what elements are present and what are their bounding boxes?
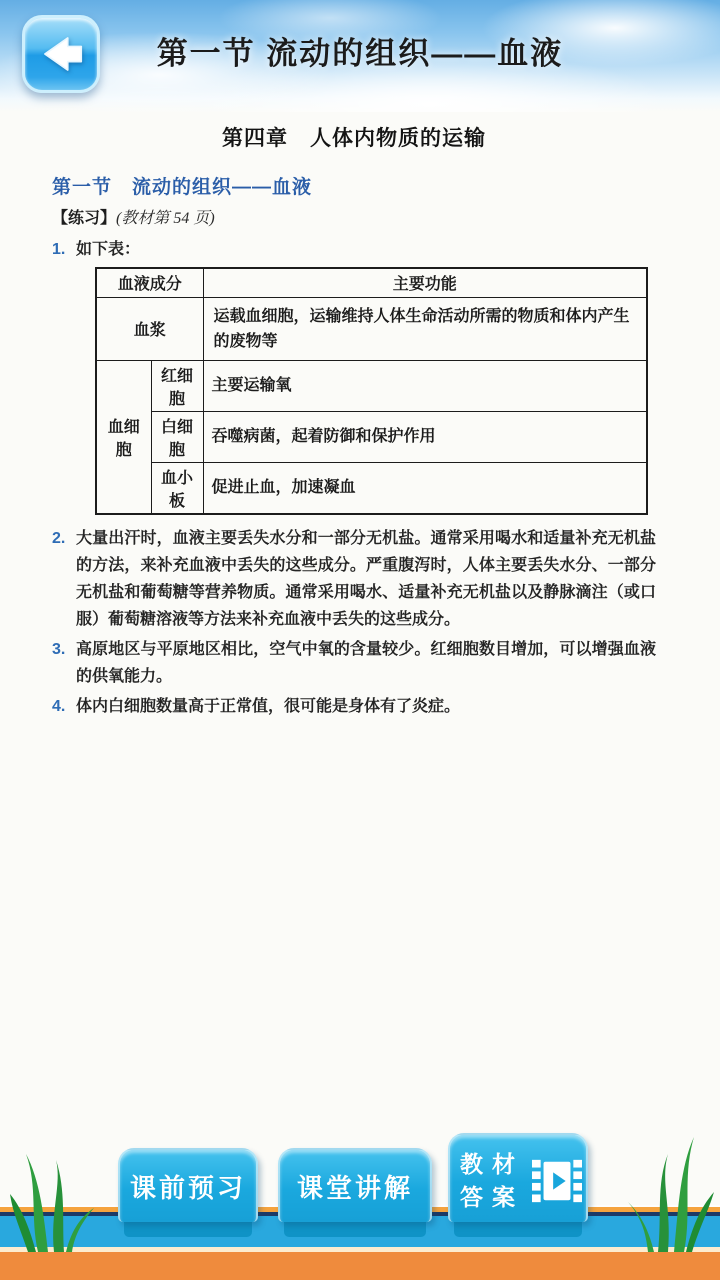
answer-item-2: 2. 大量出汗时，血液主要丢失水分和一部分无机盐。通常采用喝水和适量补充无机盐的… bbox=[52, 525, 656, 633]
cell-platelet-name: 血小板 bbox=[151, 462, 203, 514]
item-text: 大量出汗时，血液主要丢失水分和一部分无机盐。通常采用喝水和适量补充无机盐的方法，… bbox=[76, 525, 656, 633]
answer-item-4: 4. 体内白细胞数量高于正常值，很可能是身体有了炎症。 bbox=[52, 693, 656, 720]
tab-textbook-answers-base bbox=[454, 1222, 582, 1237]
scanned-page: 第四章 人体内物质的运输 第一节 流动的组织——血液 【练习】(教材第 54 页… bbox=[0, 112, 720, 723]
practice-label: 【练习】 bbox=[52, 210, 116, 227]
tab-preclass-preview-label: 课前预习 bbox=[130, 1168, 246, 1205]
tab-class-explanation-base bbox=[284, 1222, 426, 1237]
film-play-icon bbox=[532, 1158, 582, 1204]
page-title: 第一节 流动的组织——血液 bbox=[0, 28, 720, 73]
table-row-platelets: 血小板 促进止血，加速凝血 bbox=[96, 462, 647, 514]
answer-item-1: 1. 如下表： bbox=[52, 236, 656, 263]
cell-red-cell-name: 红细胞 bbox=[151, 360, 203, 411]
table-row-red-cells: 血细胞 红细胞 主要运输氧 bbox=[96, 360, 647, 411]
grass-right-decoration bbox=[626, 1122, 716, 1252]
tab-preclass-preview-base bbox=[124, 1222, 252, 1237]
app-screen: 第一节 流动的组织——血液 第四章 人体内物质的运输 第一节 流动的组织——血液… bbox=[0, 0, 720, 1280]
chapter-title: 第四章 人体内物质的运输 bbox=[52, 122, 656, 152]
section-title: 第一节 流动的组织——血液 bbox=[52, 172, 656, 199]
blood-components-table: 血液成分 主要功能 血浆 运载血细胞，运输维持人体生命活动所需的物质和体内产生的… bbox=[95, 267, 648, 515]
tab-textbook-answers-content: 教材 答案 bbox=[454, 1144, 582, 1214]
grass-left-decoration bbox=[8, 1132, 108, 1252]
tab-textbook-answers-label: 教材 答案 bbox=[460, 1148, 524, 1214]
tab-class-explanation[interactable]: 课堂讲解 bbox=[278, 1148, 432, 1222]
app-header: 第一节 流动的组织——血液 bbox=[0, 0, 720, 112]
tab-preclass-preview[interactable]: 课前预习 bbox=[118, 1148, 258, 1222]
tab-class-explanation-label: 课堂讲解 bbox=[297, 1168, 413, 1205]
tab-textbook-answers[interactable]: 教材 答案 bbox=[448, 1133, 588, 1222]
cell-red-cell-function: 主要运输氧 bbox=[203, 360, 647, 411]
cell-white-cell-function: 吞噬病菌，起着防御和保护作用 bbox=[203, 411, 647, 462]
cell-platelet-function: 促进止血，加速凝血 bbox=[203, 462, 647, 514]
practice-line: 【练习】(教材第 54 页) bbox=[52, 205, 656, 228]
answer-item-3: 3. 高原地区与平原地区相比，空气中氧的含量较少。红细胞数目增加，可以增强血液的… bbox=[52, 636, 656, 690]
cell-plasma-name: 血浆 bbox=[96, 297, 203, 360]
item-number: 4. bbox=[52, 693, 76, 720]
item-text: 体内白细胞数量高于正常值，很可能是身体有了炎症。 bbox=[76, 693, 656, 720]
cell-blood-cells-group: 血细胞 bbox=[96, 360, 151, 514]
bottom-bar bbox=[0, 1252, 720, 1280]
table-header-row: 血液成分 主要功能 bbox=[96, 268, 647, 297]
cell-white-cell-name: 白细胞 bbox=[151, 411, 203, 462]
header-cell-component: 血液成分 bbox=[96, 268, 203, 297]
footer-nav: 课前预习 课堂讲解 教材 答案 bbox=[0, 1130, 720, 1280]
table-row-plasma: 血浆 运载血细胞，运输维持人体生命活动所需的物质和体内产生的废物等 bbox=[96, 297, 647, 360]
header-cell-function: 主要功能 bbox=[203, 268, 647, 297]
table-row-white-cells: 白细胞 吞噬病菌，起着防御和保护作用 bbox=[96, 411, 647, 462]
practice-source: (教材第 54 页) bbox=[116, 210, 215, 227]
tab-label-line1: 教材 bbox=[460, 1148, 524, 1181]
item-number: 1. bbox=[52, 236, 76, 263]
item-number: 3. bbox=[52, 636, 76, 690]
item-number: 2. bbox=[52, 525, 76, 633]
item-text: 高原地区与平原地区相比，空气中氧的含量较少。红细胞数目增加，可以增强血液的供氧能… bbox=[76, 636, 656, 690]
item-text: 如下表： bbox=[76, 236, 656, 263]
cell-plasma-function: 运载血细胞，运输维持人体生命活动所需的物质和体内产生的废物等 bbox=[203, 297, 647, 360]
tab-label-line2: 答案 bbox=[460, 1181, 524, 1214]
